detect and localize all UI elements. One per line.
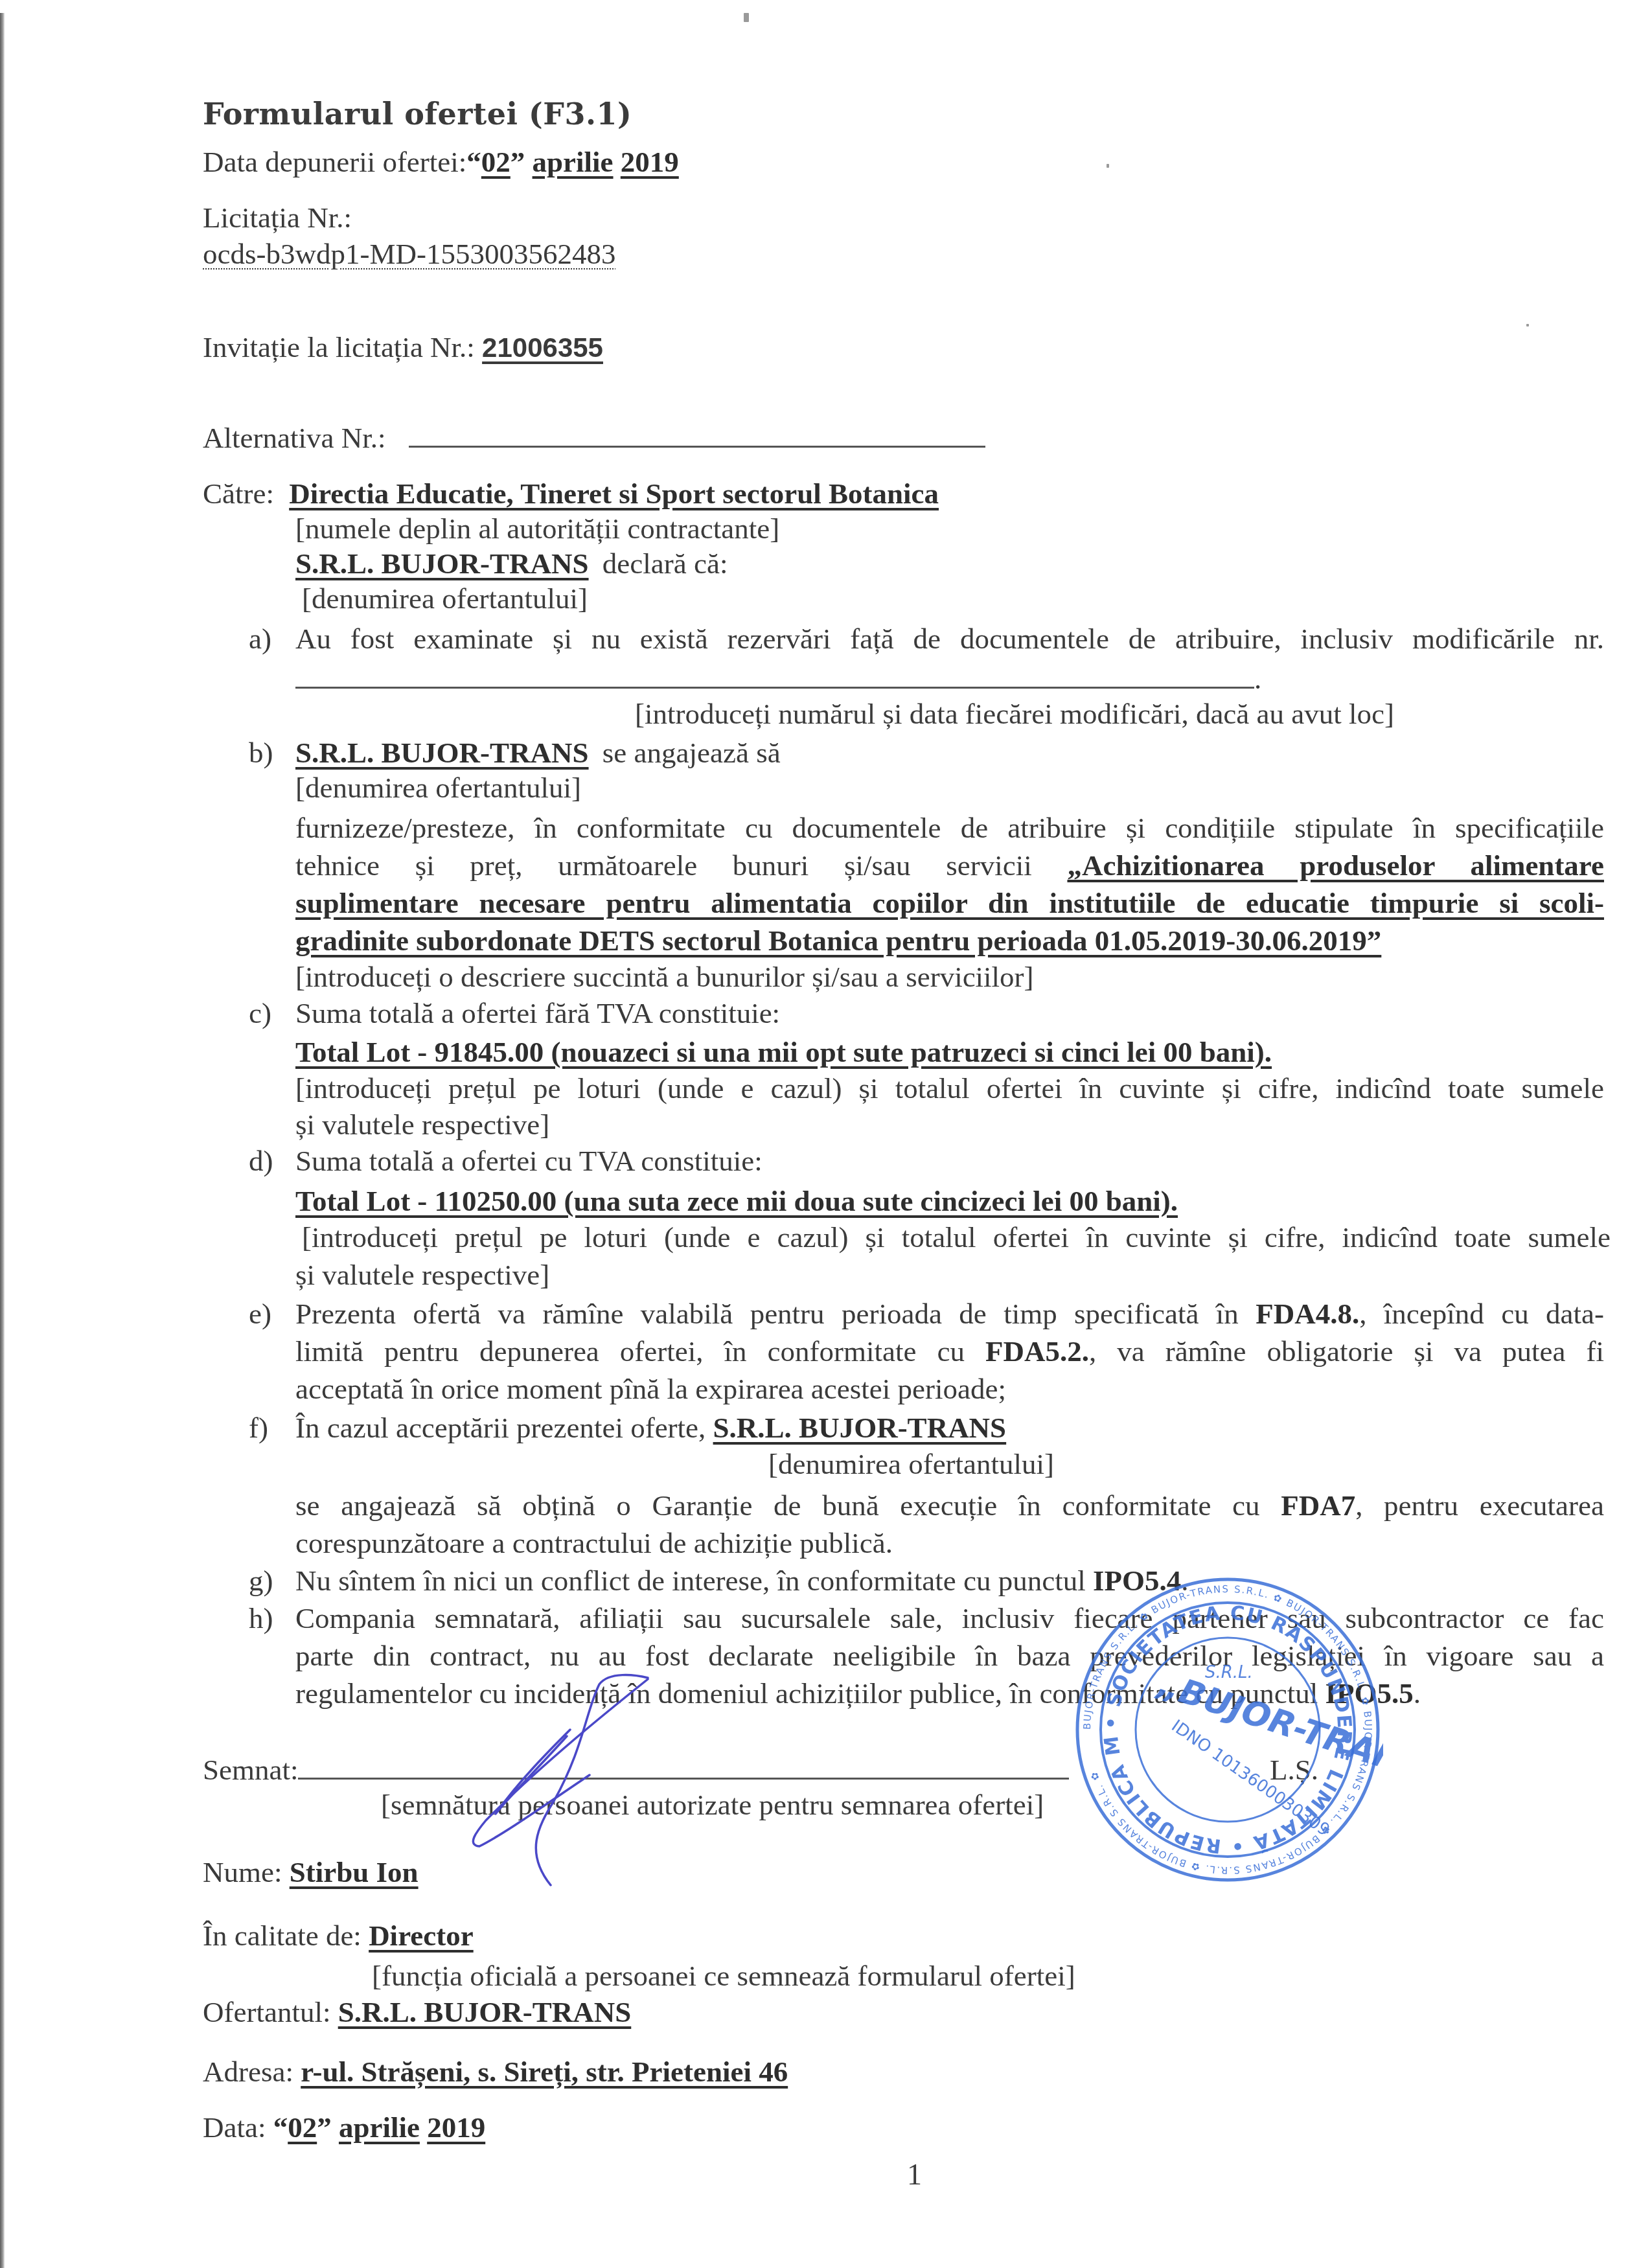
item-c-hint-1: [introduceți prețul pe loturi (unde e ca… (295, 1070, 1604, 1106)
address-row: Adresa: r-ul. Strășeni, s. Sireți, str. … (203, 2054, 788, 2090)
submission-day: 02 (481, 146, 511, 178)
item-e-line2-end: , va rămîne obligatorie și va putea fi (1089, 1335, 1604, 1368)
quote-close: ” (317, 2111, 332, 2144)
item-g-text: Nu sîntem în nici un conflict de interes… (295, 1564, 1086, 1597)
bidder-row: Ofertantul: S.R.L. BUJOR-TRANS (203, 1994, 631, 2030)
amendments-field (295, 661, 1254, 689)
item-b-name-hint: [denumirea ofertantului] (295, 770, 581, 806)
date-day: 02 (288, 2111, 317, 2144)
item-b-marker: b) (249, 735, 273, 771)
item-e-line1: Prezenta ofertă va rămîne valabilă pentr… (295, 1296, 1604, 1332)
bidder-declaration: S.R.L. BUJOR-TRANS declară că: (295, 545, 728, 582)
item-f-prefix: În cazul acceptării prezentei oferte, (295, 1412, 706, 1444)
item-a-hint: [introduceți numărul și data fiecărei mo… (635, 696, 1394, 732)
procurement-subject-2: suplimentare necesare pentru alimentatia… (295, 885, 1604, 921)
offer-form-page: Formularul ofertei (F3.1) Data depunerii… (0, 0, 1652, 2268)
item-d-hint-2: și valutele respective] (295, 1257, 549, 1293)
invitation-label: Invitație la licitația Nr.: (203, 331, 475, 363)
bidder-name: S.R.L. BUJOR-TRANS (295, 547, 589, 580)
item-e-line3: acceptată în orice moment pînă la expira… (295, 1371, 1006, 1407)
date-label: Data: (203, 2111, 266, 2144)
tender-label: Licitația Nr.: (203, 200, 352, 236)
item-d-marker: d) (249, 1143, 273, 1179)
item-f-line2-text: se angajează să obțină o Garanție de bun… (295, 1489, 1260, 1522)
form-title: Formularul ofertei (F3.1) (203, 96, 632, 132)
submission-date: Data depunerii ofertei:“02” aprilie 2019 (203, 144, 679, 180)
quote-close: ” (511, 146, 525, 178)
item-b-line2: tehnice și preț, următoarele bunuri și/s… (295, 847, 1604, 884)
period: . (1254, 663, 1261, 695)
item-f-name-hint: [denumirea ofertantului] (768, 1446, 1054, 1482)
signer-position-label: În calitate de: (203, 1919, 361, 1952)
total-without-vat: Total Lot - 91845.00 (nouazeci si una mi… (295, 1034, 1272, 1070)
bidder-label: Ofertantul: (203, 1996, 330, 2028)
item-g-line: Nu sîntem în nici un conflict de interes… (295, 1563, 1188, 1599)
item-f-line1: În cazul acceptării prezentei oferte, S.… (295, 1410, 1006, 1446)
item-c-marker: c) (249, 995, 271, 1031)
item-h-end: . (1414, 1677, 1421, 1710)
submission-date-label: Data depunerii ofertei: (203, 146, 466, 178)
item-c-text: Suma totală a ofertei fără TVA constitui… (295, 995, 780, 1031)
submission-year: 2019 (621, 146, 679, 178)
tender-number: ocds-b3wdp1-MD-1553003562483 (203, 236, 615, 272)
recipient: Către: Directia Educatie, Tineret si Spo… (203, 475, 939, 512)
item-h-line1: Compania semnatară, afiliații sau sucurs… (295, 1600, 1604, 1636)
item-e-line2: limită pentru depunerea ofertei, în conf… (295, 1333, 1604, 1369)
total-with-vat: Total Lot - 110250.00 (una suta zece mii… (295, 1183, 1178, 1219)
quote-open: “ (273, 2111, 288, 2144)
item-b-suffix: se angajează să (602, 737, 781, 769)
signer-position: Director (369, 1919, 474, 1952)
recipient-name: Directia Educatie, Tineret si Sport sect… (289, 477, 939, 510)
procurement-subject-3: gradinite subordonate DETS sectorul Bota… (295, 922, 1381, 959)
item-d-text: Suma totală a ofertei cu TVA constituie: (295, 1143, 763, 1179)
signed-label: Semnat: (203, 1754, 298, 1786)
item-e-line1-end: , începînd cu data- (1359, 1298, 1604, 1330)
svg-text:S.R.L.: S.R.L. (1205, 1663, 1253, 1682)
signer-position-row: În calitate de: Director (203, 1918, 474, 1954)
signer-name: Stirbu Ion (290, 1856, 419, 1888)
item-f-line3: corespunzătoare a contractului de achizi… (295, 1525, 893, 1561)
signer-name-row: Nume: Stirbu Ion (203, 1854, 419, 1890)
address-value: r-ul. Strășeni, s. Sireți, str. Prieteni… (301, 2056, 788, 2088)
recipient-hint: [numele deplin al autorității contractan… (295, 510, 779, 547)
ref-fda52: FDA5.2. (985, 1335, 1089, 1368)
item-b-line2-prefix: tehnice și preț, următoarele bunuri și/s… (295, 849, 1032, 882)
item-e-line1-text: Prezenta ofertă va rămîne valabilă pentr… (295, 1298, 1239, 1330)
signer-position-hint: [funcția oficială a persoanei ce semneaz… (372, 1958, 1075, 1994)
date-year: 2019 (427, 2111, 485, 2144)
handwritten-signature-icon (441, 1671, 674, 1892)
item-f-bidder-name: S.R.L. BUJOR-TRANS (713, 1412, 1007, 1444)
item-a-marker: a) (249, 621, 271, 657)
item-b-hint: [introduceți o descriere succintă a bunu… (295, 959, 1034, 995)
quote-open: “ (466, 146, 481, 178)
item-e-line2-text: limită pentru depunerea ofertei, în conf… (295, 1335, 965, 1368)
item-b-head: S.R.L. BUJOR-TRANS se angajează să (295, 735, 781, 771)
date-row: Data: “02” aprilie 2019 (203, 2109, 485, 2146)
item-b-line1: furnizeze/presteze, în conformitate cu d… (295, 810, 1604, 846)
tender-number-value: ocds-b3wdp1-MD-1553003562483 (203, 238, 615, 270)
ref-fda48: FDA4.8. (1256, 1298, 1359, 1330)
item-g-marker: g) (249, 1563, 273, 1599)
procurement-subject-1: „Achizitionarea produselor alimentare (1067, 849, 1604, 882)
invitation-number: 21006355 (482, 332, 603, 363)
alternative: Alternativa Nr.: (203, 420, 985, 456)
item-e-marker: e) (249, 1296, 271, 1332)
item-f-line2: se angajează să obțină o Garanție de bun… (295, 1487, 1604, 1524)
item-f-line2-end: , pentru executarea (1355, 1489, 1604, 1522)
declaration-text: declară că: (602, 547, 728, 580)
item-a-blank-row: . (295, 661, 1261, 697)
recipient-label: Către: (203, 477, 274, 510)
page-number: 1 (907, 2157, 922, 2192)
signer-name-label: Nume: (203, 1856, 282, 1888)
item-b-bidder-name: S.R.L. BUJOR-TRANS (295, 737, 589, 769)
item-f-marker: f) (249, 1410, 268, 1446)
date-month: aprilie (339, 2111, 420, 2144)
alternative-label: Alternativa Nr.: (203, 422, 385, 454)
alternative-field (409, 426, 985, 448)
item-c-hint-2: și valutele respective] (295, 1106, 549, 1143)
address-label: Adresa: (203, 2056, 293, 2088)
ref-fda7: FDA7 (1281, 1489, 1355, 1522)
item-h-marker: h) (249, 1600, 273, 1636)
item-h-line2: parte din contract, nu au fost declarate… (295, 1638, 1604, 1674)
submission-month: aprilie (533, 146, 614, 178)
item-d-hint-1: [introduceți prețul pe loturi (unde e ca… (302, 1219, 1611, 1255)
bidder-hint: [denumirea ofertantului] (302, 580, 588, 617)
item-a-text: Au fost examinate și nu există rezervări… (295, 621, 1604, 657)
bidder-value: S.R.L. BUJOR-TRANS (338, 1996, 632, 2028)
invitation: Invitație la licitația Nr.: 21006355 (203, 329, 603, 366)
signature-field (298, 1756, 1069, 1780)
company-stamp-icon: BUJOR-TRANS S.R.L. ✿ BUJOR-TRANS S.R.L. … (1072, 1574, 1383, 1885)
